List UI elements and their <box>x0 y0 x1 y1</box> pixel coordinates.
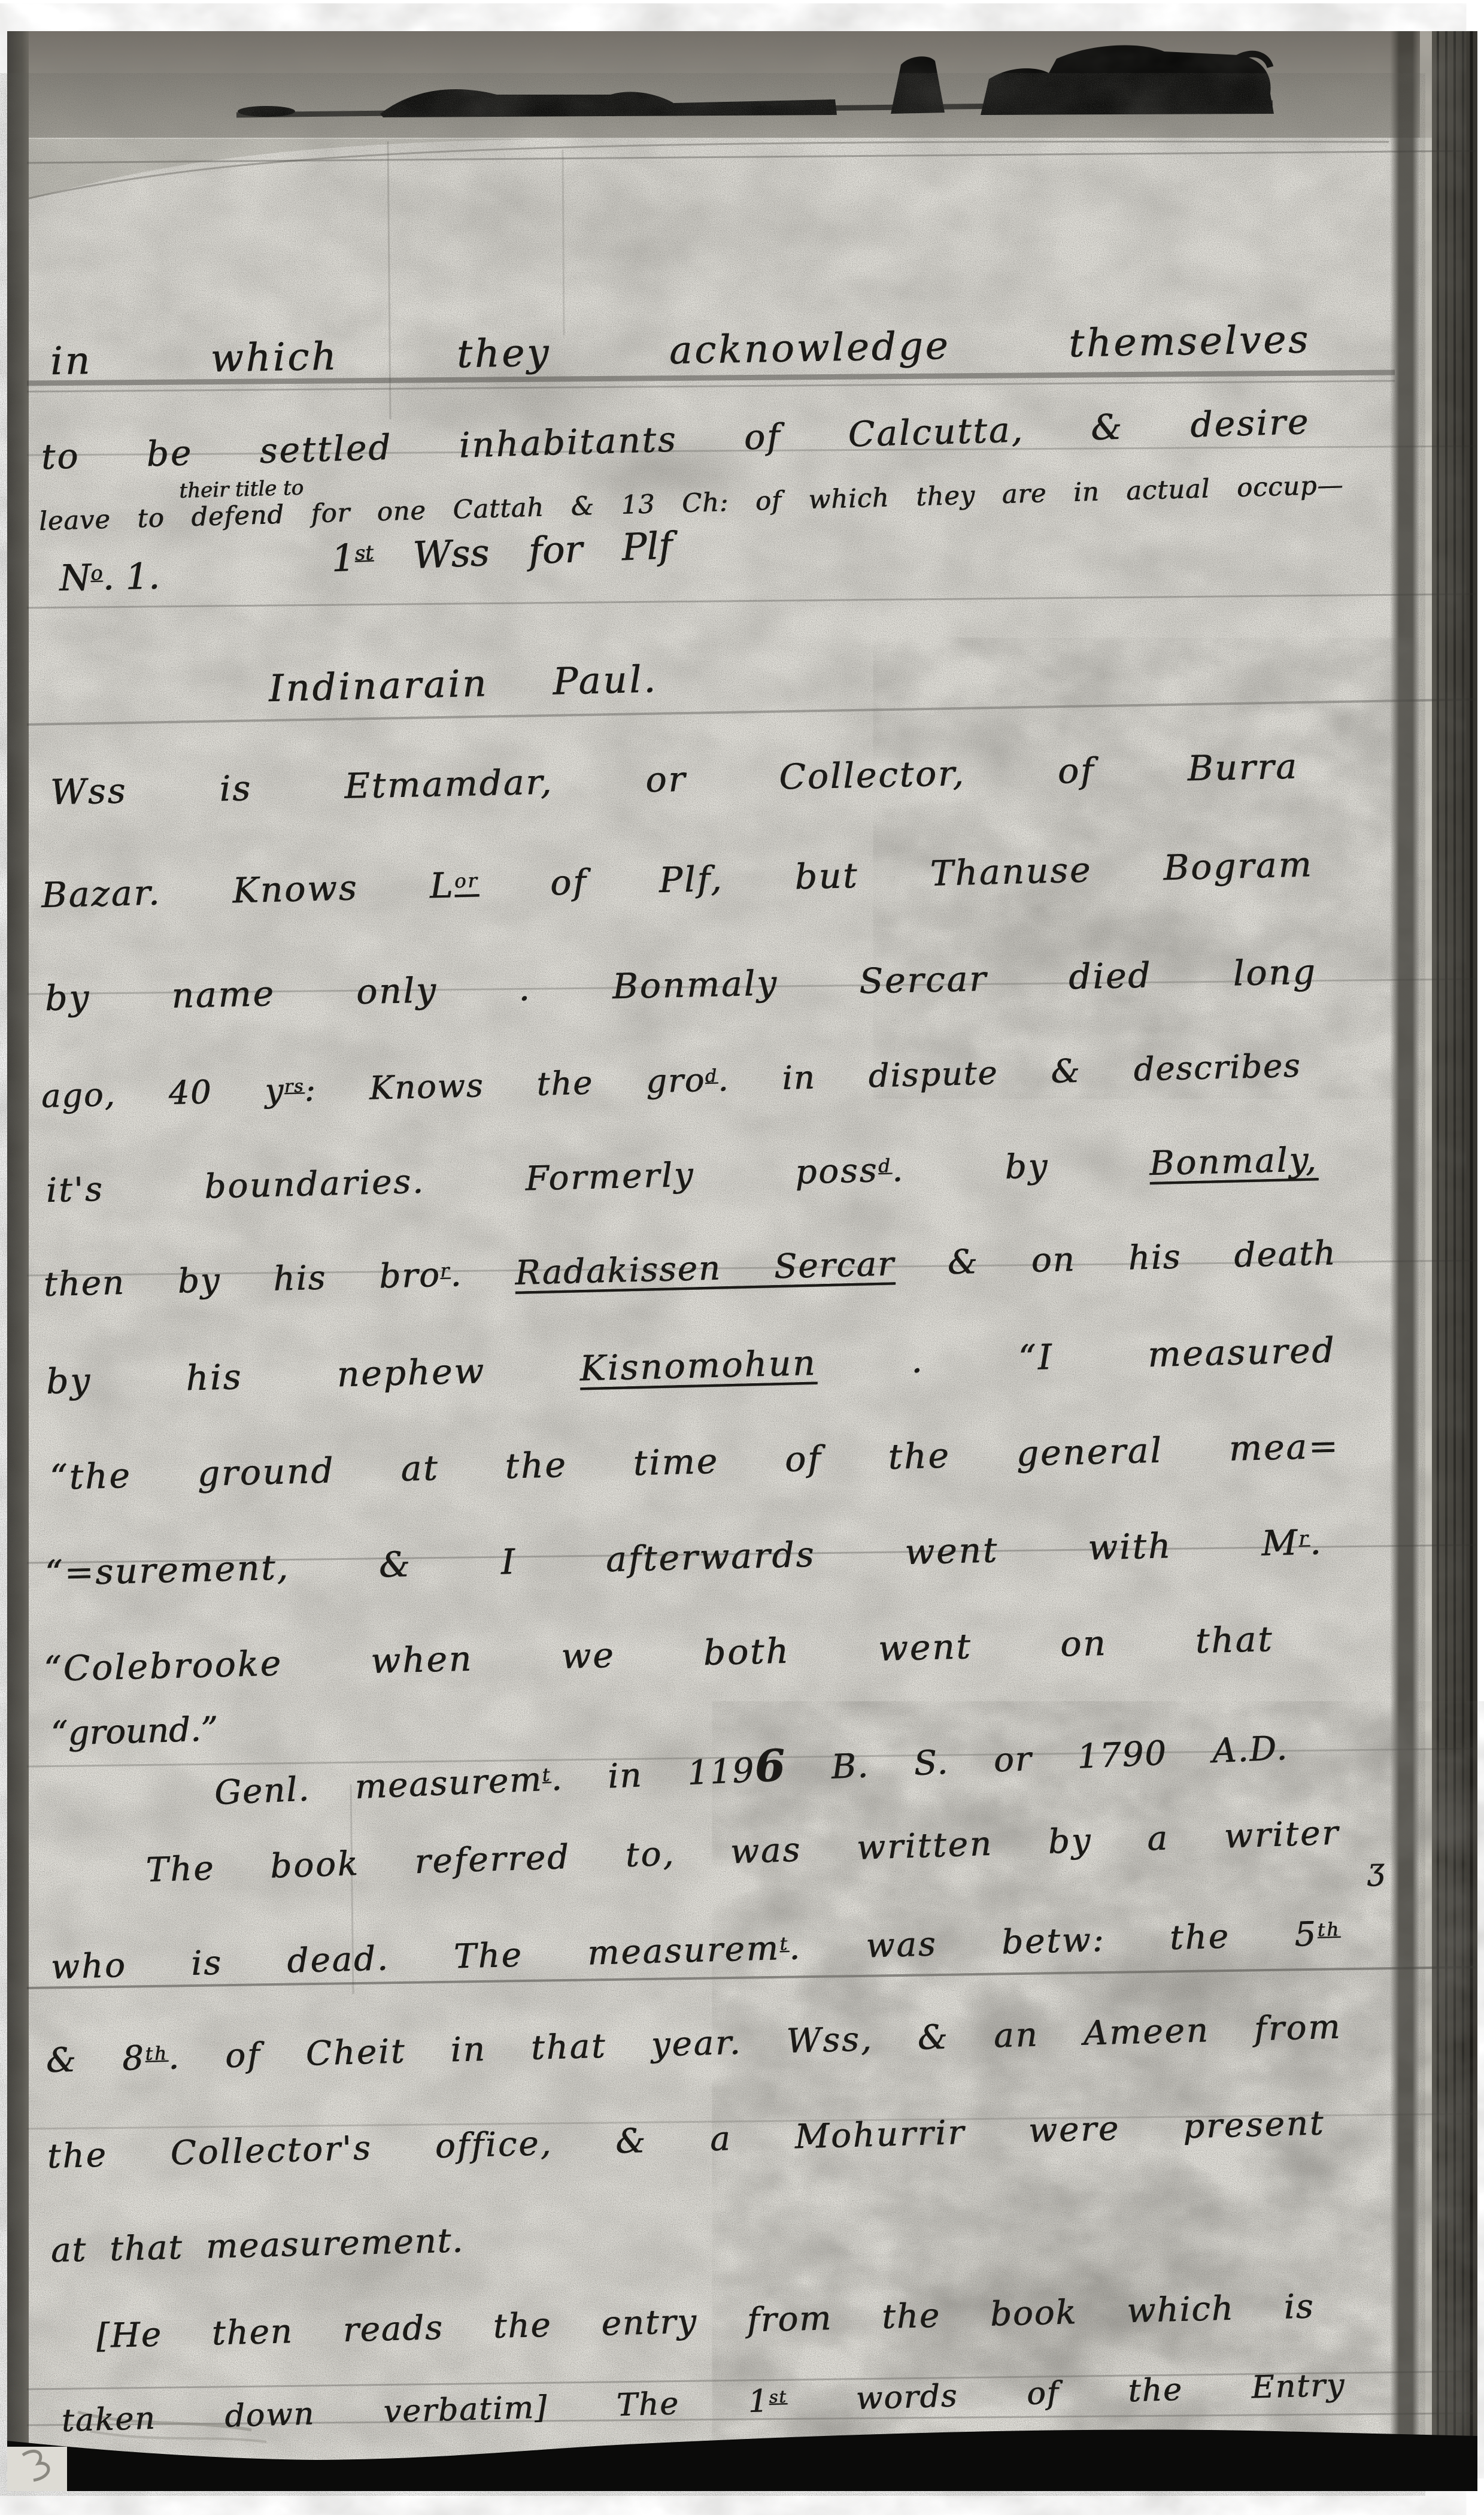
handwritten-segment: d <box>878 1155 893 1177</box>
line-12: by his nephew Kisnomohun . “I measured <box>45 1329 1336 1402</box>
handwritten-segment: “the ground at the time of the general m… <box>49 1425 1340 1498</box>
handwritten-segment: st <box>354 541 374 565</box>
handwritten-segment: . in dispute & describes <box>717 1047 1301 1099</box>
handwritten-segment: by name only . Bonmaly Sercar died long <box>45 952 1318 1019</box>
handwritten-segment: st <box>769 2386 787 2407</box>
line-16: “ground.” <box>50 1709 225 1755</box>
line-23: [He then reads the entry from the book w… <box>96 2286 1315 2357</box>
handwritten-segment: o <box>90 561 103 584</box>
line-14: “=surement, & I afterwards went with Mr. <box>44 1521 1323 1595</box>
handwritten-segment: : Knows the gro <box>304 1061 706 1108</box>
handwritten-segment: taken down verbatim] The 1 <box>61 2383 770 2439</box>
handwritten-segment: Radakissen Sercar <box>515 1244 896 1292</box>
handwritten-segment: rs <box>284 1075 305 1097</box>
handwritten-text-layer: in which they acknowledge themselvesto b… <box>0 0 1484 2515</box>
line-04-heading: 1st Wss for Plf <box>330 523 673 581</box>
handwritten-segment: . by <box>891 1144 1150 1189</box>
handwritten-segment: Bazar. Knows <box>41 865 430 916</box>
handwritten-segment: “=surement, & I afterwards went with M <box>44 1522 1299 1593</box>
handwritten-segment: t <box>779 1933 789 1955</box>
manuscript-page: in which they acknowledge themselvesto b… <box>0 0 1484 2515</box>
handwritten-segment: r <box>440 1260 451 1281</box>
line-11: then by his bror. Radakissen Sercar & on… <box>43 1233 1337 1305</box>
line-13: “the ground at the time of the general m… <box>49 1425 1340 1498</box>
line-05-witness-name: Indinarain Paul. <box>268 656 658 711</box>
handwritten-segment: at that measurement. <box>50 2221 464 2270</box>
line-08: by name only . Bonmaly Sercar died long <box>45 951 1318 1020</box>
line-09: ago, 40 yrs: Knows the grod. in dispute … <box>41 1046 1301 1116</box>
line-24: taken down verbatim] The 1st words of th… <box>61 2366 1346 2440</box>
handwritten-segment: Indinarain Paul. <box>268 657 658 710</box>
handwritten-segment: by his nephew <box>45 1348 580 1402</box>
handwritten-segment: “Colebrooke when we both went on that <box>43 1619 1274 1689</box>
handwritten-segment: the Collector's office, & a Mohurrir wer… <box>47 2104 1325 2176</box>
line-18: The book referred to, was written by a w… <box>145 1813 1340 1891</box>
handwritten-segment: to be settled inhabitants of Calcutta, &… <box>41 401 1310 477</box>
line-02: to be settled inhabitants of Calcutta, &… <box>41 401 1310 478</box>
handwritten-segment: . “I measured <box>817 1329 1337 1383</box>
line-06: Wss is Etmamdar, or Collector, of Burra <box>50 745 1299 813</box>
handwritten-segment: [He then reads the entry from the book w… <box>96 2287 1315 2356</box>
line-18-marginal-mark: ʒ <box>1367 1850 1416 1888</box>
handwritten-segment: of Plf, but Thanuse Bogram <box>478 844 1313 905</box>
handwritten-segment: t <box>542 1764 551 1786</box>
handwritten-segment: or <box>454 869 479 892</box>
handwritten-segment: ago, 40 y <box>41 1071 285 1115</box>
handwritten-segment: . <box>450 1254 516 1295</box>
handwritten-segment: & on his death <box>894 1234 1337 1283</box>
handwritten-segment: . of Cheit in that year. Wss, & an Ameen… <box>168 2007 1342 2077</box>
handwritten-segment: r <box>1298 1526 1310 1549</box>
handwritten-segment: & 8 <box>45 2039 146 2080</box>
line-20: & 8th. of Cheit in that year. Wss, & an … <box>45 2007 1342 2081</box>
handwritten-segment: The book referred to, was written by a w… <box>145 1813 1340 1890</box>
line-22: at that measurement. <box>50 2220 464 2271</box>
line-17: Genl. measuremt. in 1196 B. S. or 1790 A… <box>213 1719 1289 1817</box>
line-07: Bazar. Knows Lor of Plf, but Thanuse Bog… <box>41 843 1313 917</box>
handwritten-segment: it's boundaries. Formerly poss <box>45 1151 879 1210</box>
handwritten-segment: . <box>1309 1522 1323 1563</box>
handwritten-segment: . in 119 <box>550 1751 755 1798</box>
handwritten-segment: 1 <box>330 536 356 580</box>
handwritten-segment: Wss for Plf <box>373 523 673 578</box>
handwritten-segment: d <box>705 1066 718 1087</box>
handwritten-segment: N <box>59 557 91 599</box>
handwritten-segment: then by his bro <box>43 1256 441 1304</box>
handwritten-segment: ʒ <box>1367 1852 1385 1887</box>
handwritten-segment: Genl. measurem <box>214 1760 543 1813</box>
line-19: who is dead. The measuremt. was betw: th… <box>50 1914 1341 1989</box>
handwritten-segment: . was betw: the 5 <box>788 1915 1318 1968</box>
line-21: the Collector's office, & a Mohurrir wer… <box>47 2103 1325 2177</box>
handwritten-segment: th <box>145 2043 168 2065</box>
handwritten-segment: “ground.” <box>50 1710 218 1753</box>
handwritten-segment: B. S. or 1790 A.D. <box>785 1729 1289 1789</box>
handwritten-segment: L <box>429 865 455 906</box>
handwritten-segment: th <box>1317 1919 1340 1941</box>
handwritten-segment: Wss is Etmamdar, or Collector, of Burra <box>50 746 1299 813</box>
handwritten-segment: who is dead. The measurem <box>50 1929 780 1987</box>
handwritten-segment: Bonmaly, <box>1149 1140 1318 1183</box>
line-10: it's boundaries. Formerly possd. by Bonm… <box>45 1140 1318 1211</box>
line-15: “Colebrooke when we both went on that <box>43 1618 1274 1690</box>
handwritten-segment: in which they acknowledge themselves <box>50 317 1311 384</box>
handwritten-segment: 6 <box>754 1740 787 1792</box>
handwritten-segment: Kisnomohun <box>579 1343 817 1389</box>
line-01: in which they acknowledge themselves <box>50 316 1311 385</box>
handwritten-segment: . 1. <box>102 556 160 599</box>
line-04-number: No. 1. <box>59 554 200 601</box>
handwritten-segment: words of the Entry <box>787 2367 1346 2419</box>
